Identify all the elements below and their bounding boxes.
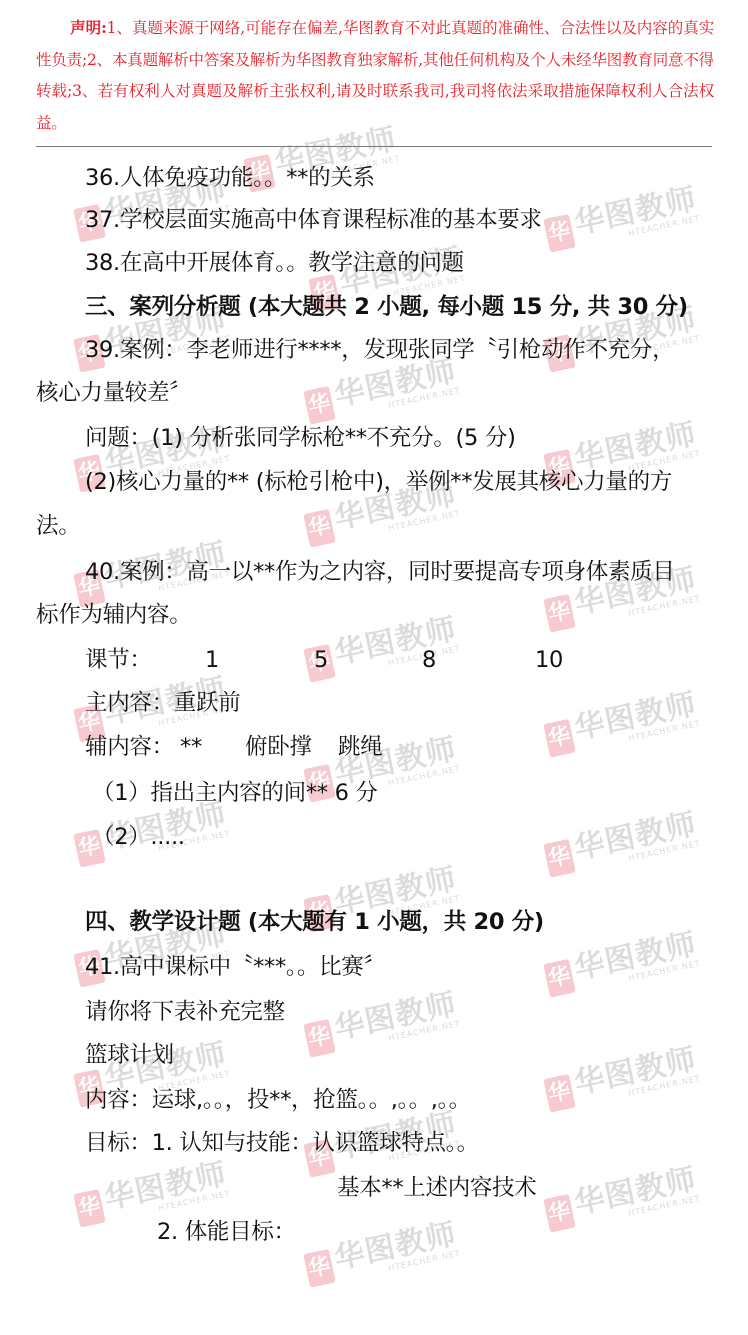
lesson-8: 8: [422, 646, 436, 674]
watermark: 华华图教师HTEACHER.NET: [303, 356, 462, 426]
watermark: 华华图教师HTEACHER.NET: [543, 1044, 702, 1114]
question-40-part-1: （1）指出主内容的间** 6 分: [92, 779, 378, 807]
section-3-heading: 三、案列分析题 (本大题共 2 小题, 每小题 15 分, 共 30 分): [85, 293, 688, 321]
watermark-logo-icon: 华: [543, 213, 576, 252]
disclaimer-text: 1、真题来源于网络,可能存在偏差,华图教育不对此真题的准确性、合法性以及内容的真…: [36, 19, 714, 132]
plan-title: 篮球计划: [85, 1041, 174, 1069]
question-36: 36.人体免疫功能。。**的关系: [85, 164, 375, 192]
plan-content: 内容：运球,。。，投**，抢篮。。,。。,。。: [85, 1086, 471, 1114]
watermark-logo-icon: 华: [543, 1193, 576, 1232]
plan-goal-2: 2. 体能目标：: [157, 1218, 296, 1246]
watermark-logo-icon: 华: [73, 1188, 106, 1227]
question-38: 38.在高中开展体育。。教学注意的问题: [85, 249, 464, 277]
disclaimer-label: 声明:: [70, 18, 107, 37]
lesson-label: 课节：: [85, 647, 152, 673]
aux-content-2: 俯卧撑: [245, 733, 312, 761]
plan-goal-1: 目标：1. 认知与技能：认识篮球特点。。: [85, 1129, 479, 1157]
question-37: 37.学校层面实施高中体育课程标准的基本要求: [85, 206, 542, 234]
question-40-line-1: 40.案例：高一以**作为之内容，同时要提高专项身体素质目: [85, 558, 675, 586]
question-41: 41.高中课标中〝***。。比赛〞: [85, 953, 386, 981]
question-39-part-1: 问题：(1) 分析张同学标枪**不充分。(5 分): [85, 424, 516, 452]
watermark: 华华图教师HTEACHER.NET: [543, 1164, 702, 1234]
watermark-logo-icon: 华: [303, 385, 336, 424]
watermark: 华华图教师HTEACHER.NET: [543, 184, 702, 254]
question-40-line-2: 标作为辅内容。: [36, 601, 191, 629]
question-39-part-2: (2)核心力量的** (标枪引枪中)，举例**发展其核心力量的方: [85, 468, 672, 496]
instruction-line: 请你将下表补充完整: [85, 998, 285, 1026]
watermark-logo-icon: 华: [543, 593, 576, 632]
watermark-logo-icon: 华: [543, 838, 576, 877]
watermark-logo-icon: 华: [543, 718, 576, 757]
question-39-part-2-cont: 法。: [36, 512, 80, 540]
watermark-logo-icon: 华: [303, 1018, 336, 1057]
watermark: 华华图教师HTEACHER.NET: [543, 689, 702, 759]
watermark: 华华图教师HTEACHER.NET: [543, 809, 702, 879]
watermark-logo-icon: 华: [303, 1248, 336, 1287]
plan-goal-1-cont: 基本**上述内容技术: [337, 1174, 537, 1202]
aux-content-3: 跳绳: [338, 733, 382, 761]
lesson-row: 课节：: [85, 646, 152, 674]
question-39-line-1: 39.案例：李老师进行****，发现张同学〝引枪动作不充分，: [85, 336, 674, 364]
lesson-10: 10: [535, 646, 563, 674]
lesson-1: 1: [205, 646, 219, 674]
aux-content-label: 辅内容：: [85, 733, 174, 761]
watermark-logo-icon: 华: [543, 958, 576, 997]
question-40-part-2: （2）.....: [92, 823, 185, 851]
question-39-line-2: 核心力量较差〞: [36, 379, 191, 407]
aux-content-1: **: [180, 733, 202, 761]
lesson-5: 5: [314, 646, 328, 674]
watermark: 华华图教师HTEACHER.NET: [543, 929, 702, 999]
main-content-row: 主内容：重跃前: [85, 689, 240, 717]
section-4-heading: 四、教学设计题 (本大题有 1 小题，共 20 分): [85, 908, 544, 936]
watermark: 华华图教师HTEACHER.NET: [303, 1219, 462, 1289]
watermark-logo-icon: 华: [543, 1073, 576, 1112]
disclaimer-notice: 声明:1、真题来源于网络,可能存在偏差,华图教育不对此真题的准确性、合法性以及内…: [36, 12, 714, 139]
watermark: 华华图教师HTEACHER.NET: [303, 989, 462, 1059]
watermark-logo-icon: 华: [303, 508, 336, 547]
header-divider: [36, 146, 712, 147]
